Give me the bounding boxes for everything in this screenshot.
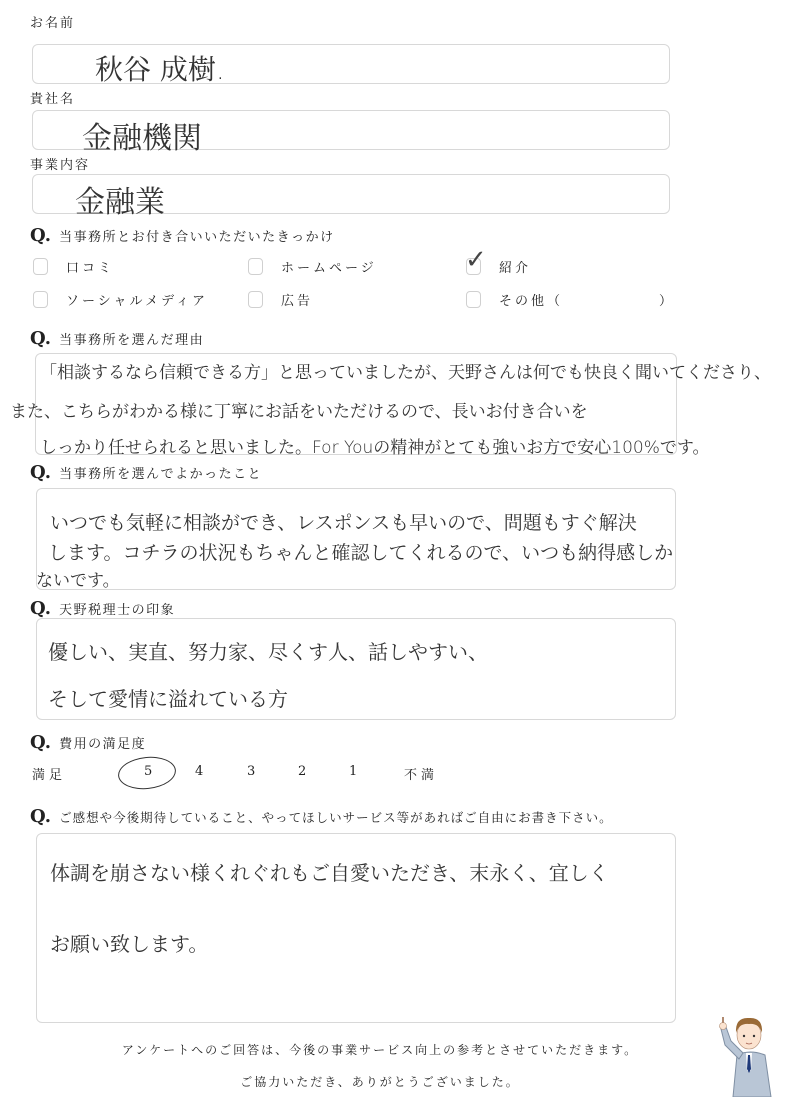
q-mark: Q. xyxy=(30,328,51,349)
q-mark: Q. xyxy=(30,806,51,827)
name-label: お名前 xyxy=(30,12,75,31)
company-value: 金融機関 xyxy=(82,113,202,157)
rating-1[interactable]: 1 xyxy=(349,764,357,779)
q2-heading: Q. 当事務所を選んだ理由 xyxy=(30,328,204,349)
option-advertisement[interactable]: 広告 xyxy=(248,290,313,309)
q1-heading: Q. 当事務所とお付き合いいただいたきっかけ xyxy=(30,225,335,246)
option-label: ソーシャルメディア xyxy=(66,290,208,309)
option-label: 紹介 xyxy=(499,257,531,276)
option-word-of-mouth[interactable]: 口コミ xyxy=(33,257,114,276)
q6-answer-line-2: お願い致します。 xyxy=(50,928,208,957)
footer-line-2: ご協力いただき、ありがとうございました。 xyxy=(0,1073,780,1090)
q5-text: 費用の満足度 xyxy=(59,733,146,752)
scale-right-label: 不満 xyxy=(404,764,438,783)
q4-text: 天野税理士の印象 xyxy=(59,599,175,618)
option-label: 広告 xyxy=(281,290,313,309)
q3-answer-line-1: いつでも気軽に相談ができ、レスポンスも早いので、問題もすぐ解決 xyxy=(50,508,637,535)
q4-answer-line-1: 優しい、実直、努力家、尽くす人、話しやすい、 xyxy=(48,636,488,665)
q2-answer-line-2: また、こちらがわかる様に丁寧にお話をいただけるので、長いお付き合いを xyxy=(10,397,588,422)
q2-answer-line-3: しっかり任せられると思いました。For Youの精神がとても強いお方で安心100… xyxy=(40,433,710,458)
q-mark: Q. xyxy=(30,598,51,619)
rating-2[interactable]: 2 xyxy=(298,764,306,779)
scale-left-label: 満足 xyxy=(32,764,66,783)
q-mark: Q. xyxy=(30,462,51,483)
q2-answer-line-1: 「相談するなら信頼できる方」と思っていましたが、天野さんは何でも快良く聞いてくだ… xyxy=(40,358,771,383)
q6-text: ご感想や今後期待していること、やってほしいサービス等があればご自由にお書き下さい… xyxy=(59,808,613,826)
option-label: ホームページ xyxy=(281,257,377,276)
checkbox[interactable] xyxy=(248,291,263,308)
q3-answer-line-2: します。コチラの状況もちゃんと確認してくれるので、いつも納得感しか xyxy=(48,538,673,565)
option-referral[interactable]: ✓ 紹介 xyxy=(466,257,531,276)
company-label: 貴社名 xyxy=(30,88,75,107)
q4-heading: Q. 天野税理士の印象 xyxy=(30,598,175,619)
checkmark-icon: ✓ xyxy=(465,245,490,275)
q3-heading: Q. 当事務所を選んでよかったこと xyxy=(30,462,262,483)
rating-3[interactable]: 3 xyxy=(247,764,255,779)
rating-5[interactable]: 5 xyxy=(144,764,152,779)
name-value: 秋谷 成樹. xyxy=(95,48,225,88)
checkbox[interactable] xyxy=(33,258,48,275)
rating-4[interactable]: 4 xyxy=(195,764,203,779)
q5-heading: Q. 費用の満足度 xyxy=(30,732,146,753)
checkbox[interactable] xyxy=(248,258,263,275)
q1-text: 当事務所とお付き合いいただいたきっかけ xyxy=(59,226,335,245)
option-label: 口コミ xyxy=(66,257,114,276)
mascot-illustration xyxy=(715,1005,785,1097)
q6-heading: Q. ご感想や今後期待していること、やってほしいサービス等があればご自由にお書き… xyxy=(30,806,613,827)
q2-text: 当事務所を選んだ理由 xyxy=(59,329,204,348)
footer-line-1: アンケートへのご回答は、今後の事業サービス向上の参考とさせていただきます。 xyxy=(0,1041,780,1058)
option-other[interactable]: その他（ ） xyxy=(466,290,675,309)
q3-answer-line-3: ないです。 xyxy=(36,566,120,591)
q-mark: Q. xyxy=(30,225,51,246)
checkbox[interactable] xyxy=(33,291,48,308)
q3-text: 当事務所を選んでよかったこと xyxy=(59,463,262,482)
option-social-media[interactable]: ソーシャルメディア xyxy=(33,290,208,309)
checkbox[interactable] xyxy=(466,291,481,308)
q-mark: Q. xyxy=(30,732,51,753)
q4-answer-line-2: そして愛情に溢れている方 xyxy=(48,683,288,712)
q6-answer-line-1: 体調を崩さない様くれぐれもご自愛いただき、末永く、宜しく xyxy=(50,857,609,886)
option-homepage[interactable]: ホームページ xyxy=(248,257,377,276)
option-label: その他（ ） xyxy=(499,290,675,309)
business-label: 事業内容 xyxy=(30,154,90,173)
checkbox-checked[interactable]: ✓ xyxy=(466,258,481,275)
business-value: 金融業 xyxy=(75,177,165,221)
